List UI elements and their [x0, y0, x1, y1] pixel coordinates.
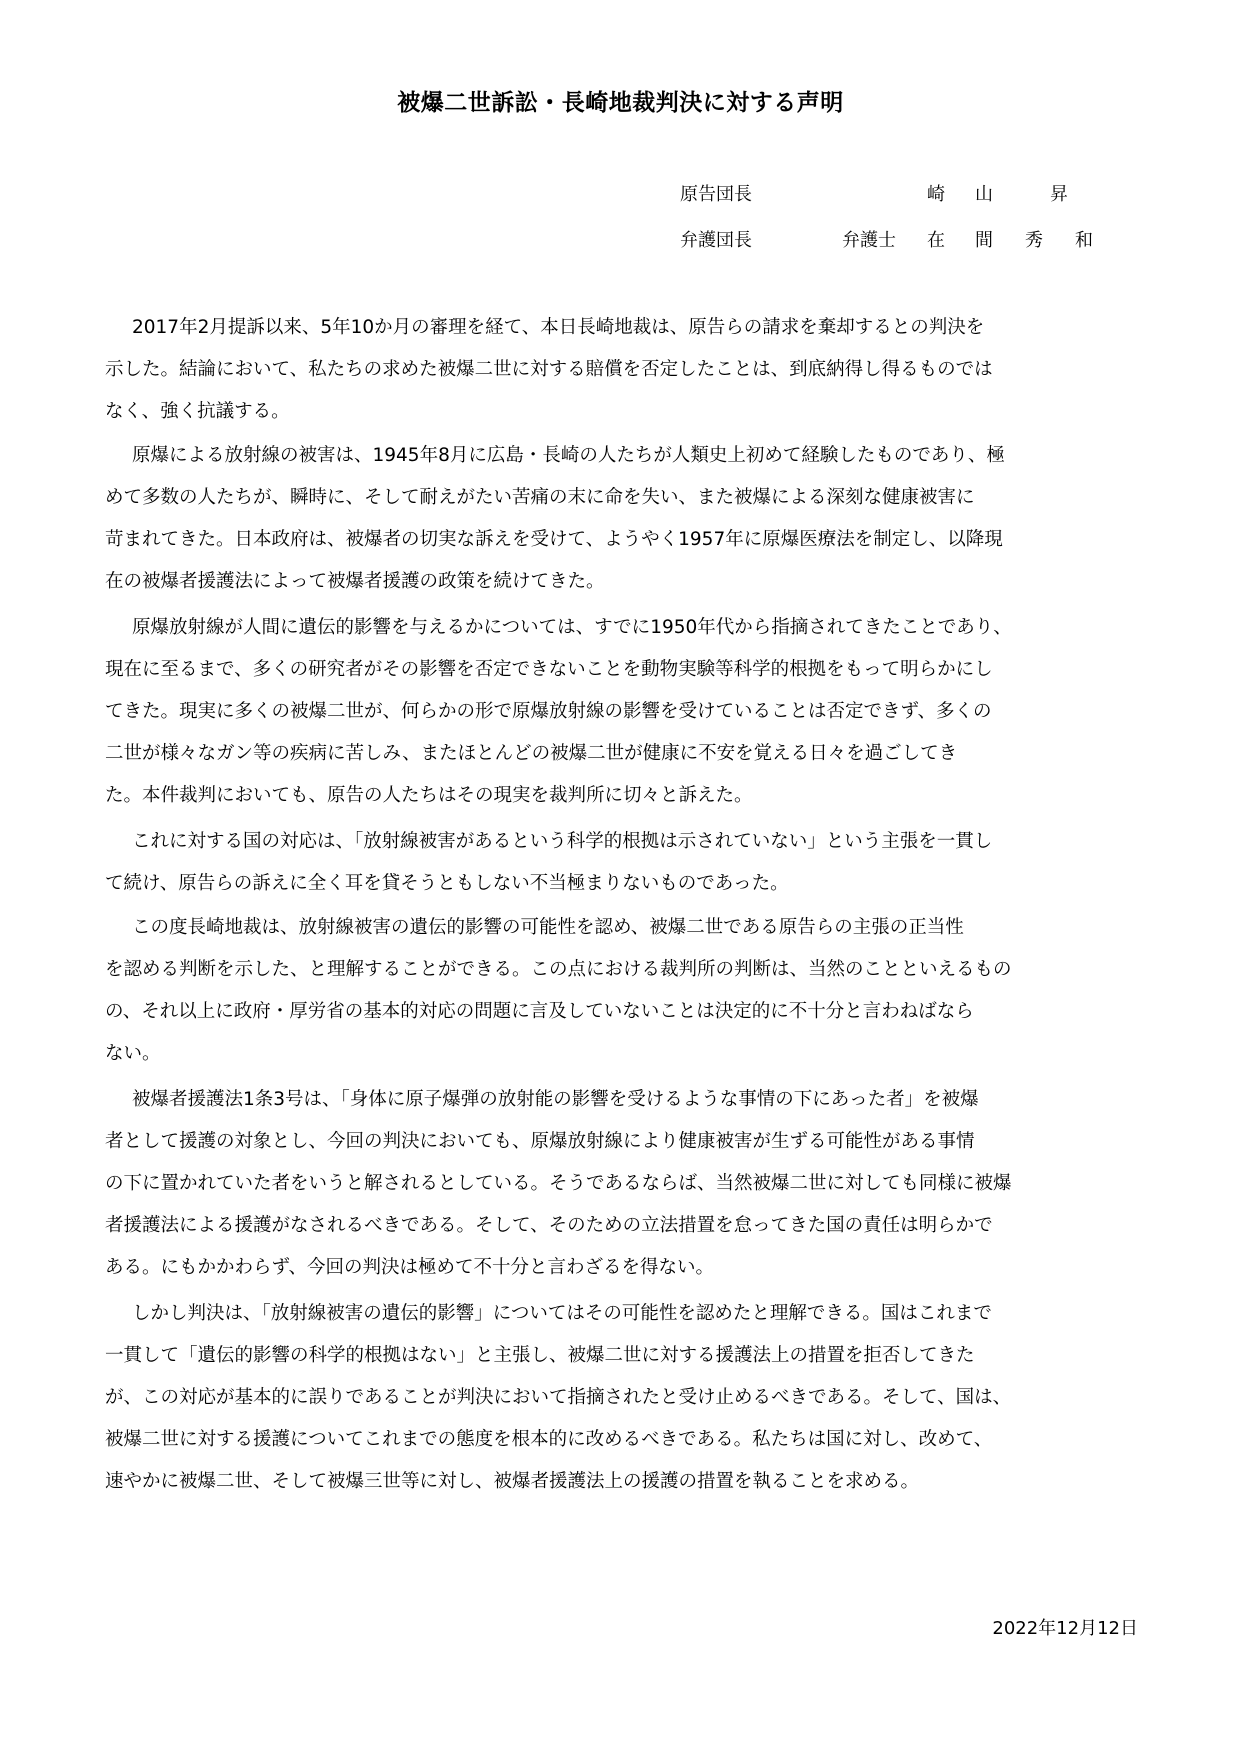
signatory-name-char: 昇	[1050, 180, 1068, 206]
paragraph-line: ある。にもかかわらず、今回の判決は極めて不十分と言わざるを得ない。	[105, 1255, 714, 1281]
paragraph-line: 被爆二世に対する援護についてこれまでの態度を根本的に改めるべきである。私たちは国…	[105, 1427, 992, 1453]
paragraph-line: た。本件裁判においても、原告の人たちはその現実を裁判所に切々と訴えた。	[105, 783, 753, 809]
paragraph-line: めて多数の人たちが、瞬時に、そして耐えがたい苦痛の末に命を失い、また被爆による深…	[105, 485, 975, 511]
paragraph-line: この度長崎地裁は、放射線被害の遺伝的影響の可能性を認め、被爆二世である原告らの主…	[105, 915, 964, 941]
signatory-name-char: 和	[1075, 226, 1093, 252]
paragraph-line: 示した。結論において、私たちの求めた被爆二世に対する賠償を否定したことは、到底納…	[105, 357, 993, 383]
paragraph-line: を認める判断を示した、と理解することができる。この点における裁判所の判断は、当然…	[105, 957, 1012, 983]
paragraph-line: て続け、原告らの訴えに全く耳を貸そうともしない不当極まりないものであった。	[105, 871, 789, 897]
document-title: 被爆二世訴訟・長崎地裁判決に対する声明	[0, 84, 1241, 117]
paragraph-line: てきた。現実に多くの被爆二世が、何らかの形で原爆放射線の影響を受けていることは否…	[105, 699, 992, 725]
paragraph-line: 苛まれてきた。日本政府は、被爆者の切実な訴えを受けて、ようやく1957年に原爆医…	[105, 527, 1003, 553]
signatory-legal-team-leader: 弁護団長 弁護士 在 間 秀 和	[680, 226, 1120, 250]
paragraph-line: 現在に至るまで、多くの研究者がその影響を否定できないことを動物実験等科学的根拠を…	[105, 657, 993, 683]
paragraph-line: 在の被爆者援護法によって被爆者援護の政策を続けてきた。	[105, 569, 605, 595]
statement-date: 2022年12月12日	[992, 1614, 1138, 1640]
signatory-name-char: 間	[975, 226, 993, 252]
signatory-plaintiff-leader: 原告団長 崎 山 昇	[680, 180, 1120, 204]
paragraph-line: 一貫して「遺伝的影響の科学的根拠はない」と主張し、被爆二世に対する援護法上の措置…	[105, 1343, 975, 1369]
paragraph-line: なく、強く抗議する。	[105, 399, 290, 425]
signatory-title: 弁護士	[842, 226, 896, 252]
paragraph-line: 2017年2月提訴以来、5年10か月の審理を経て、本日長崎地裁は、原告らの請求を…	[105, 315, 984, 341]
signatory-name-char: 山	[975, 180, 993, 206]
paragraph-line: 二世が様々なガン等の疾病に苦しみ、またほとんどの被爆二世が健康に不安を覚える日々…	[105, 741, 957, 767]
paragraph-line: 者援護法による援護がなされるべきである。そして、そのための立法措置を怠ってきた国…	[105, 1213, 993, 1239]
paragraph-line: しかし判決は、「放射線被害の遺伝的影響」についてはその可能性を認めたと理解できる…	[105, 1301, 992, 1327]
signatory-role: 原告団長	[680, 180, 752, 206]
signatory-role: 弁護団長	[680, 226, 752, 252]
paragraph-line: 速やかに被爆二世、そして被爆三世等に対し、被爆者援護法上の援護の措置を執ることを…	[105, 1469, 919, 1495]
paragraph-line: の、それ以上に政府・厚労省の基本的対応の問題に言及していないことは決定的に不十分…	[105, 999, 974, 1025]
signatory-name-char: 秀	[1025, 226, 1043, 252]
paragraph-line: ない。	[105, 1041, 161, 1067]
paragraph-line: これに対する国の対応は、「放射線被害があるという科学的根拠は示されていない」とい…	[105, 829, 992, 855]
paragraph-line: の下に置かれていた者をいうと解されるとしている。そうであるならば、当然被爆二世に…	[105, 1171, 1012, 1197]
paragraph-line: 原爆放射線が人間に遺伝的影響を与えるかについては、すでに1950年代から指摘され…	[105, 615, 1012, 641]
paragraph-line: 者として援護の対象とし、今回の判決においても、原爆放射線により健康被害が生ずる可…	[105, 1129, 975, 1155]
paragraph-line: 被爆者援護法1条3号は、「身体に原子爆弾の放射能の影響を受けるような事情の下にあ…	[105, 1087, 979, 1113]
paragraph-line: が、この対応が基本的に誤りであることが判決において指摘されたと受け止めるべきであ…	[105, 1385, 1011, 1411]
signatory-name-char: 崎	[927, 180, 945, 206]
document-page: 被爆二世訴訟・長崎地裁判決に対する声明 原告団長 崎 山 昇 弁護団長 弁護士 …	[0, 0, 1241, 1754]
paragraph-line: 原爆による放射線の被害は、1945年8月に広島・長崎の人たちが人類史上初めて経験…	[105, 443, 1005, 469]
signatory-name-char: 在	[927, 226, 945, 252]
